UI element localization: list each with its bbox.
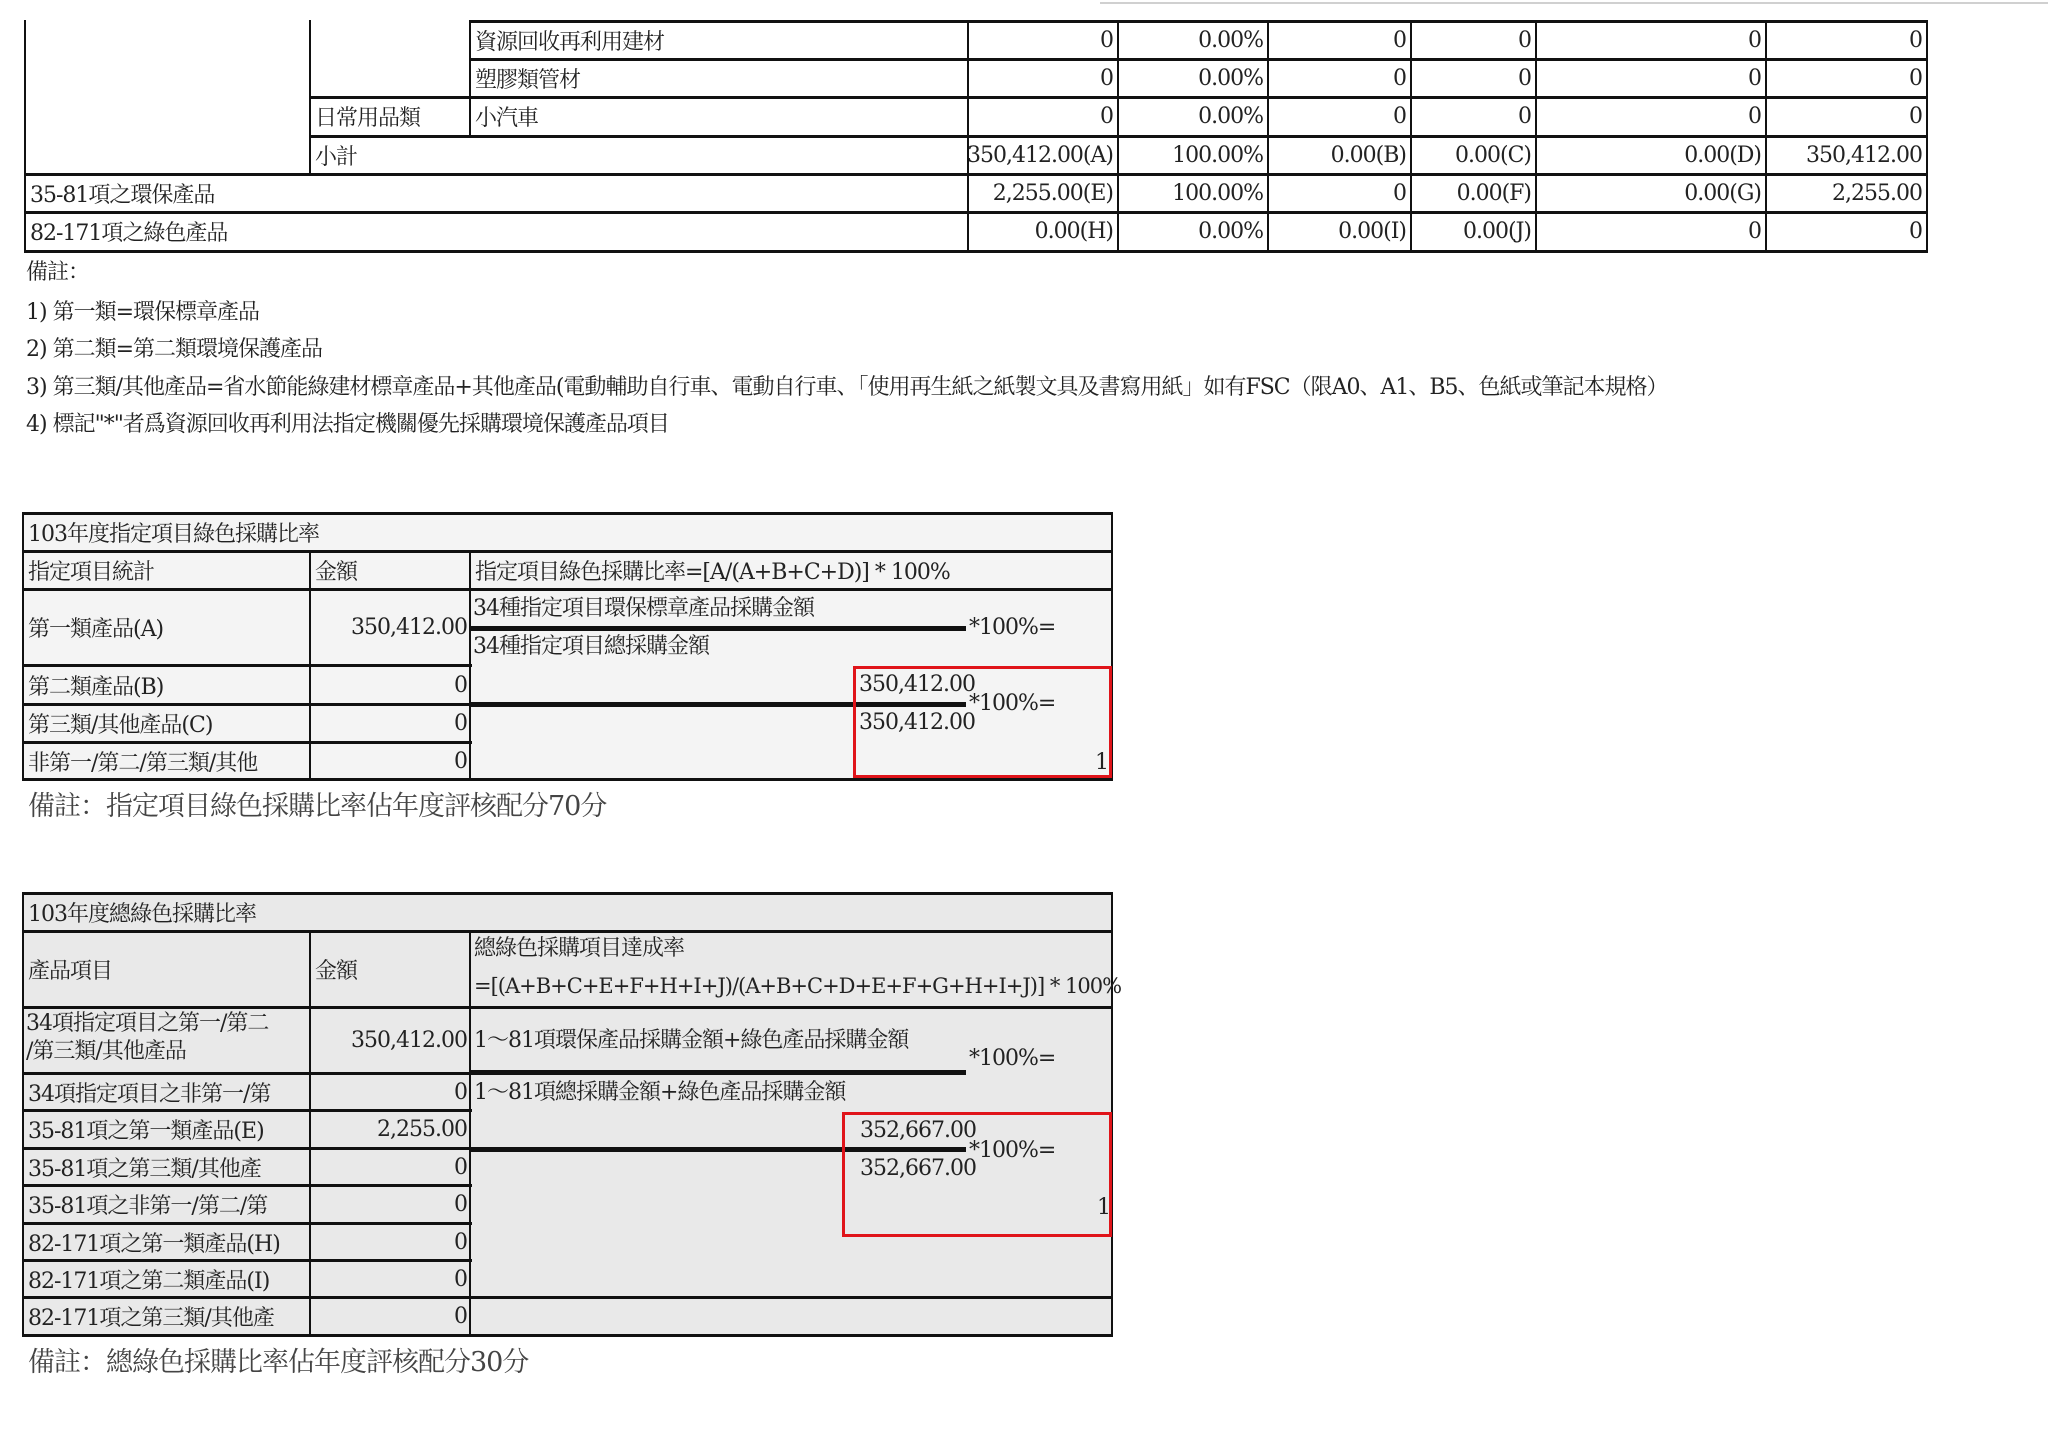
- value-cell: 100.00%: [1119, 175, 1267, 211]
- value-cell: 2,255.00: [1767, 175, 1926, 211]
- notes-title: 備註：: [26, 255, 89, 286]
- amount-cell: 0: [311, 1075, 469, 1109]
- amount-cell: 350,412.00: [311, 591, 469, 664]
- note-item: 4) 標記"*"者爲資源回收再利用法指定機關優先採購環境保護產品項目: [26, 407, 669, 438]
- item-label: 小汽車: [471, 98, 967, 135]
- value-cell: 0: [1767, 98, 1926, 135]
- category-label: 日常用品類: [311, 98, 469, 135]
- footnote: 備註：總綠色採購比率佔年度評核配分30分: [28, 1340, 528, 1379]
- row-label: 34項指定項目之非第一/第: [24, 1075, 309, 1109]
- formula-denominator: 34種指定項目總採購金額: [473, 636, 709, 658]
- column-header: 產品項目: [24, 933, 309, 1006]
- row-label: 34項指定項目之第一/第二 /第三類/其他產品: [26, 1010, 308, 1070]
- formula-numerator: 34種指定項目環保標章產品採購金額: [473, 598, 814, 620]
- highlight-box: [853, 666, 1112, 778]
- scan-artifact: [1100, 2, 2048, 4]
- row-label: 82-171項之綠色產品: [26, 213, 967, 250]
- amount-cell: 0: [311, 1225, 469, 1259]
- formula-header-expression: =[(A+B+C+E+F+H+I+J)/(A+B+C+D+E+F+G+H+I+J…: [474, 976, 1121, 997]
- table-title: 103年度指定項目綠色採購比率: [24, 515, 724, 550]
- item-label: 資源回收再利用建材: [471, 22, 967, 58]
- value-cell: 0: [1537, 22, 1765, 58]
- row-label: 35-81項之第三類/其他產: [24, 1150, 309, 1184]
- row-label-line: /第三類/其他產品: [26, 1038, 308, 1066]
- formula-denominator: 1～81項總採購金額+綠色產品採購金額: [474, 1082, 845, 1104]
- row-label: 第二類產品(B): [24, 667, 309, 703]
- formula-multiplier: *100%=: [969, 617, 1055, 639]
- highlight-box: [842, 1112, 1112, 1237]
- value-cell: 0.00%: [1119, 213, 1267, 250]
- value-cell: 0: [1537, 98, 1765, 135]
- value-cell: 0: [969, 98, 1117, 135]
- value-cell: 0: [1269, 98, 1410, 135]
- formula-numerator: 1～81項環保產品採購金額+綠色產品採購金額: [474, 1030, 908, 1052]
- amount-cell: 0: [311, 667, 469, 703]
- value-cell: 0.00(D): [1537, 137, 1765, 173]
- value-cell: 0.00(J): [1412, 213, 1535, 250]
- column-header: 金額: [311, 933, 469, 1006]
- item-label: 塑膠類管材: [471, 60, 967, 96]
- value-cell: 0.00(C): [1412, 137, 1535, 173]
- row-label: 第一類產品(A): [24, 591, 309, 664]
- value-cell: 0: [1537, 213, 1765, 250]
- value-cell: 0: [1537, 60, 1765, 96]
- value-cell: 0: [1767, 60, 1926, 96]
- amount-cell: 0: [311, 1262, 469, 1296]
- row-label: 82-171項之第三類/其他產: [24, 1299, 309, 1334]
- value-cell: 0.00(I): [1269, 213, 1410, 250]
- value-cell: 0: [1269, 175, 1410, 211]
- value-cell: 0: [1412, 98, 1535, 135]
- value-cell: 0.00(H): [969, 213, 1117, 250]
- value-cell: 0: [969, 60, 1117, 96]
- formula-header-title: 總綠色採購項目達成率: [474, 938, 684, 960]
- value-cell: 0.00(B): [1269, 137, 1410, 173]
- value-cell: 100.00%: [1119, 137, 1267, 173]
- formula-multiplier: *100%=: [969, 1048, 1055, 1070]
- row-label: 82-171項之第二類產品(I): [24, 1262, 309, 1296]
- row-label: 非第一/第二/第三類/其他: [24, 744, 309, 778]
- value-cell: 0: [1269, 22, 1410, 58]
- value-cell: 0: [1767, 213, 1926, 250]
- amount-cell: 2,255.00: [311, 1112, 469, 1147]
- amount-cell: 0: [311, 1187, 469, 1222]
- amount-cell: 0: [311, 1150, 469, 1184]
- column-header: 指定項目統計: [24, 553, 309, 588]
- row-label: 第三類/其他產品(C): [24, 706, 309, 741]
- value-cell: 0: [1269, 60, 1410, 96]
- amount-cell: 0: [311, 744, 469, 778]
- formula-header: 指定項目綠色採購比率=[A/(A+B+C+D)] * 100%: [471, 553, 1111, 588]
- value-cell: 0: [1767, 22, 1926, 58]
- column-header: 金額: [311, 553, 469, 588]
- value-cell: 350,412.00: [1767, 137, 1926, 173]
- footnote: 備註：指定項目綠色採購比率佔年度評核配分70分: [28, 784, 606, 823]
- row-label-line: 34項指定項目之第一/第二: [26, 1010, 308, 1038]
- row-label: 35-81項之第一類產品(E): [24, 1112, 309, 1147]
- value-cell: 0.00%: [1119, 60, 1267, 96]
- amount-cell: 350,412.00: [311, 1009, 469, 1072]
- row-label: 35-81項之非第一/第二/第: [24, 1187, 309, 1222]
- row-label: 35-81項之環保產品: [26, 175, 967, 211]
- value-cell: 0.00(G): [1537, 175, 1765, 211]
- table-title: 103年度總綠色採購比率: [24, 895, 724, 930]
- value-cell: 0.00%: [1119, 98, 1267, 135]
- amount-cell: 0: [311, 1299, 469, 1334]
- note-item: 2) 第二類=第二類環境保護產品: [26, 332, 322, 363]
- value-cell: 0.00(F): [1412, 175, 1535, 211]
- value-cell: 0: [1412, 22, 1535, 58]
- amount-cell: 0: [311, 706, 469, 741]
- subtotal-label: 小計: [311, 137, 967, 173]
- value-cell: 0.00%: [1119, 22, 1267, 58]
- value-cell: 0: [1412, 60, 1535, 96]
- value-cell: 0: [969, 22, 1117, 58]
- value-cell: 350,412.00(A): [969, 137, 1117, 173]
- value-cell: 2,255.00(E): [969, 175, 1117, 211]
- row-label: 82-171項之第一類產品(H): [24, 1225, 309, 1259]
- note-item: 1) 第一類=環保標章產品: [26, 295, 259, 326]
- note-item: 3) 第三類/其他產品=省水節能綠建材標章產品+其他產品(電動輔助自行車、電動自…: [26, 370, 1668, 401]
